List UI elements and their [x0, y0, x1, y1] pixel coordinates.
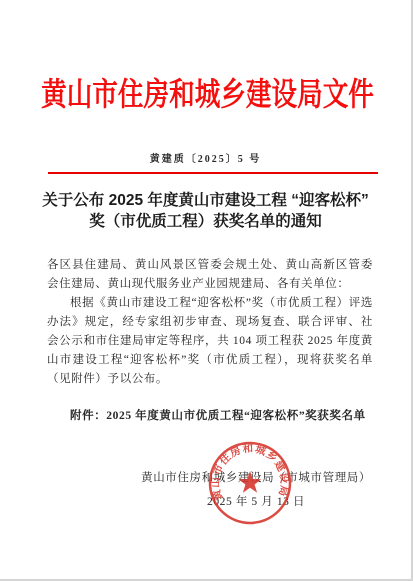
document-header-title: 黄山市住房和城乡建设局文件: [41, 76, 370, 113]
document-title-line1: 关于公布 2025 年度黄山市建设工程 “迎客松杯”: [42, 192, 368, 209]
attachment-line: 附件：2025 年度黄山市优质工程“迎客松杯”奖获奖名单: [47, 407, 373, 426]
red-divider-line: [48, 172, 378, 174]
seal-star-icon: [239, 471, 262, 493]
official-seal: 黄山市住房和城乡建设局: [202, 435, 298, 531]
document-page: 黄山市住房和城乡建设局文件 黄建质〔2025〕5 号 关于公布 2025 年度黄…: [0, 0, 413, 581]
body-paragraph: 根据《黄山市建设工程“迎客松杯”奖（市优质工程）评选办法》规定，经专家组初步审查…: [47, 294, 373, 389]
document-body: 各区县住建局、黄山风景区管委会规土处、黄山高新区管委会住建局、黄山现代服务业产业…: [47, 256, 373, 426]
addressee-line: 各区县住建局、黄山风景区管委会规土处、黄山高新区管委会住建局、黄山现代服务业产业…: [47, 256, 373, 294]
document-title-line2: 奖（市优质工程）获奖名单的通知: [89, 213, 322, 230]
document-number: 黄建质〔2025〕5 号: [0, 150, 411, 165]
document-title: 关于公布 2025 年度黄山市建设工程 “迎客松杯” 奖（市优质工程）获奖名单的…: [0, 190, 411, 232]
